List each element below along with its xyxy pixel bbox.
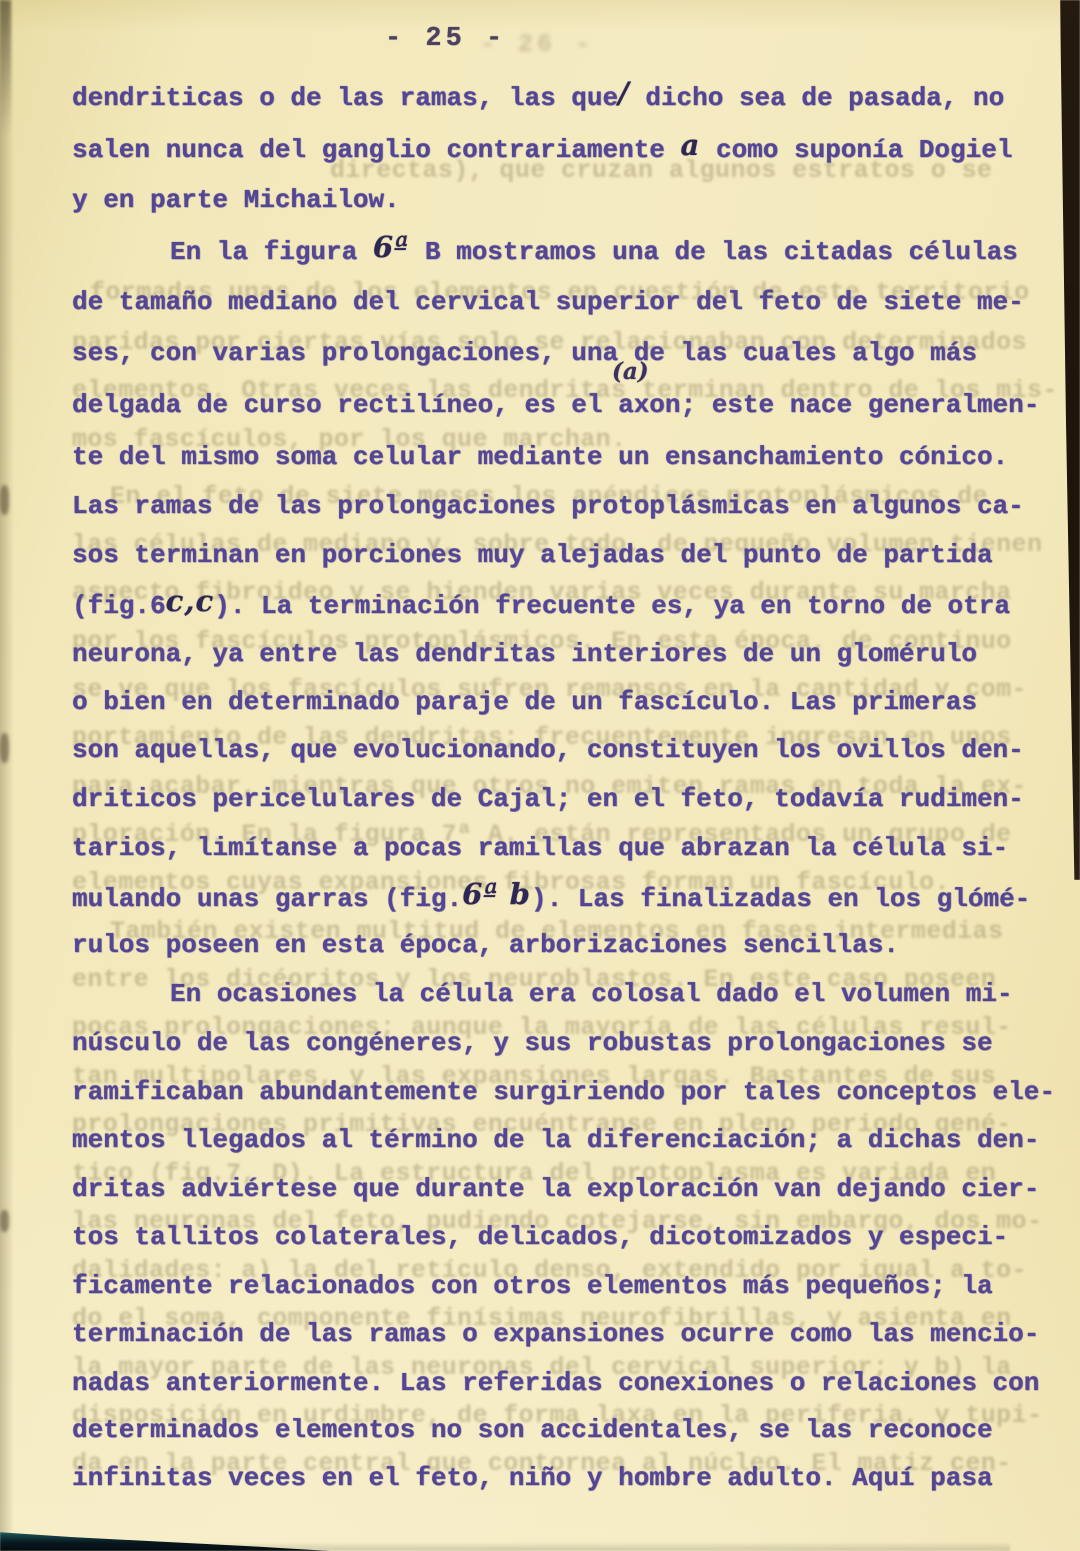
left-margin-smudge [0,1210,9,1232]
typed-segment: (fig.6 [72,591,166,621]
handwritten-segment: 6ª b [462,877,531,911]
typed-text-line: de tamaño mediano del cervical superior … [72,285,1024,319]
handwritten-segment: c,c [166,584,215,618]
typed-text-line: Las ramas de las prolongaciones protoplá… [72,489,1024,523]
typed-text-line: tarios, limítanse a pocas ramillas que a… [72,831,1008,865]
typed-text-line: te del mismo soma celular mediante un en… [72,440,1008,474]
scan-shadow-top-left [0,0,11,135]
typed-text-line: En ocasiones la célula era colosal dado … [170,977,1013,1011]
typed-text-line: tos tallitos colaterales, delicados, dic… [72,1220,1008,1254]
typed-text-line: y en parte Michailow. [72,183,400,217]
handwritten-annotation-a: (a) [612,358,649,385]
handwritten-segment: / [618,76,630,110]
typed-text-line: o bien en determinado paraje de un fascí… [72,685,977,719]
left-margin-smudge [0,485,9,515]
typed-text-line: ramificaban abundantemente surgiriendo p… [72,1075,1055,1109]
typed-segment: En la figura [170,237,373,267]
scan-edge-right [1060,0,1080,880]
typed-segment: dicho sea de pasada, no [630,83,1004,113]
typed-segment: ). La terminación frecuente es, ya en to… [214,591,1010,621]
typed-text-line: nadas anteriormente. Las referidas conex… [72,1366,1039,1400]
typed-text-line: En la figura 6ª B mostramos una de las c… [170,232,1018,269]
typed-text-line: son aquellas, que evolucionando, constit… [72,733,1024,767]
typed-segment: dendriticas o de las ramas, las que [72,83,618,113]
left-margin-smudge [0,733,9,763]
typed-text-line: sos terminan en porciones muy alejadas d… [72,538,993,572]
typed-text-line: terminación de las ramas o expansiones o… [72,1317,1039,1351]
typed-text-line: neurona, ya entre las dendritas interior… [72,637,977,671]
typed-text-line: salen nunca del ganglio contrariamente a… [72,130,1012,167]
typed-segment: mulando unas garras (fig. [72,884,462,914]
document-page: directas), que cruzan algunos estratos o… [0,0,1080,1551]
typed-segment: como suponía Dogiel [700,135,1012,165]
typed-segment: ). Las finalizadas en los glómé- [531,884,1030,914]
typed-segment: salen nunca del ganglio contrariamente [72,135,681,165]
typed-text-line: (fig.6c,c). La terminación frecuente es,… [72,586,1010,623]
typed-text-line: ficamente relacionados con otros element… [72,1269,993,1303]
typed-text-line: dritas adviértese que durante la explora… [72,1172,1039,1206]
typed-text-line: ses, con varias prolongaciones, una de l… [72,336,977,370]
typed-text-line: núsculo de las congéneres, y sus robusta… [72,1026,993,1060]
typed-text-line: infinitas veces en el feto, niño y hombr… [72,1461,993,1495]
handwritten-segment: 6ª [373,230,409,264]
typed-text-line: delgada de curso rectilíneo, es el axon;… [72,388,1039,422]
scan-edge-left [0,0,14,1551]
typed-text-line: determinados elementos no son accidental… [72,1413,993,1447]
handwritten-segment: a [681,128,701,162]
typed-text-line: mentos llegados al término de la diferen… [72,1123,1039,1157]
typed-text-line: driticos pericelulares de Cajal; en el f… [72,782,1024,816]
typed-text-line: rulos poseen en esta época, arborizacion… [72,928,899,962]
typed-text-line: mulando unas garras (fig.6ª b). Las fina… [72,879,1030,916]
typed-text-line: dendriticas o de las ramas, las que/ dic… [72,78,1004,115]
page-number-bleedthrough: - 26 - [480,30,594,59]
typed-segment: B mostramos una de las citadas células [409,237,1018,267]
